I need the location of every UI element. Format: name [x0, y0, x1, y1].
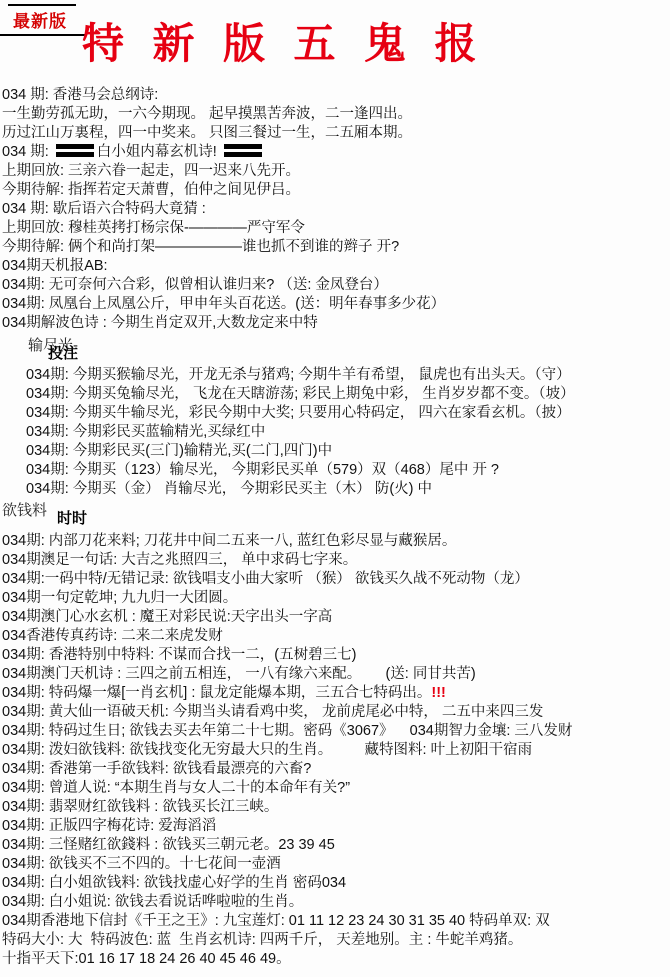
text-line: 034期: 黄大仙一语破天机: 今期当头请看鸡中奖， 龙前虎尾必中特， 二五中来…	[0, 703, 670, 722]
text-line: 034期: 无可奈何六合彩，似曾相认谁归来? （送: 金凤登台）	[0, 276, 670, 295]
text-line: 034期澳门心水玄机 : 魔王对彩民说:天字出头一字高	[0, 608, 670, 627]
masthead-rule-top	[8, 4, 76, 6]
text-line: 034期天机报AB:	[0, 257, 670, 276]
text-line: 034期: 今期买牛输尽光，彩民今期中大奖; 只要用心特码定， 四六在家看玄机。…	[0, 404, 670, 423]
masthead-rule-bottom	[0, 34, 86, 36]
section-header-yuqianliao: 欲钱料 时时	[0, 499, 670, 532]
double-bar-icon	[224, 144, 262, 157]
text-line: 034 期: 香港马会总纲诗:	[0, 86, 670, 105]
text-line: 034期: 今期彩民买(三门)输精光,买(二门,四门)中	[0, 442, 670, 461]
text-line: 034期: 今期买猴输尽光，开龙无杀与猪鸡; 今期牛羊有希望， 鼠虎也有出头天。…	[0, 366, 670, 385]
text-line: 034期: 正版四字梅花诗: 爱海滔滔	[0, 817, 670, 836]
text-line: 034期: 今期买（123）输尽光， 今期彩民买单（579）双（468）尾中 开…	[0, 461, 670, 480]
text-line: 034 期: 歇后语六合特码大竟猜 :	[0, 200, 670, 219]
text-line: 034期: 欲钱买不三不四的。十七花间一壶酒	[0, 855, 670, 874]
text-line: 034期解波色诗 : 今期生肖定双开,大数龙定来中特	[0, 314, 670, 333]
text-line: 034期香港地下信封《千王之王》: 九宝莲灯: 01 11 12 23 24 3…	[0, 912, 670, 931]
section-header-bold-text: 投注	[48, 342, 78, 363]
text-line: 034期: 翡翠财红欲钱料 : 欲钱买长江三峡。	[0, 798, 670, 817]
text-line: 今期待解: 俩个和尚打架——————谁也抓不到谁的辫子 开?	[0, 238, 670, 257]
burst-line-exclamations: !!!	[431, 685, 446, 701]
text-line: 034期: 白小姐说: 欲钱去看说话哗啦啦的生肖。	[0, 893, 670, 912]
text-line: 034期: 三怪赌红欲錢料 : 欲钱买三朝元老。23 39 45	[0, 836, 670, 855]
burst-line: 034期: 特码爆一爆[一肖玄机] : 鼠龙定能爆本期，三五合七特码出。!!!	[0, 684, 670, 703]
text-line: 034期: 今期买（金） 肖输尽光， 今期彩民买主（木） 防(火) 中	[0, 480, 670, 499]
text-line: 特码大小: 大 特码波色: 蓝 生肖玄机诗: 四两千斤， 天差地别。主 : 牛蛇…	[0, 931, 670, 950]
section-header-bold-text: 时时	[57, 507, 87, 528]
double-bar-icon	[56, 144, 94, 157]
section-header-shujinguang: 输尽光- 投注	[0, 333, 670, 366]
latest-badge: 最新版	[13, 7, 67, 32]
page-title: 特 新 版 五 鬼 报	[82, 24, 486, 66]
bars-headline-label: 白小姐内幕玄机诗!	[97, 144, 221, 160]
text-line: 034期: 香港特别中特料: 不谋而合找一二，(五树碧三七)	[0, 646, 670, 665]
masthead: 最新版 特 新 版 五 鬼 报	[0, 0, 670, 86]
text-line: 历过江山万裏程，四一中奖来。 只图三餐过一生，二五厢本期。	[0, 124, 670, 143]
text-line: 034期: 香港第一手欲钱料: 欲钱看最漂亮的六畜?	[0, 760, 670, 779]
text-line: 034香港传真药诗: 二来二来虎发财	[0, 627, 670, 646]
text-line: 034期澳门天机诗 : 三四之前五相连， 一八有缘六来配。 (送: 同甘共苦)	[0, 665, 670, 684]
lottery-tip-sheet: 最新版 特 新 版 五 鬼 报 034 期: 香港马会总纲诗: 一生勤劳孤无助，…	[0, 0, 670, 977]
bars-headline: 034 期: 白小姐内幕玄机诗!	[0, 143, 670, 162]
section-header-plain-text: 欲钱料	[2, 499, 47, 520]
text-line: 034期澳足一句话: 大吉之兆照四三， 单中求码七字来。	[0, 551, 670, 570]
text-line: 十指平天下:01 16 17 18 24 26 40 45 46 49。	[0, 950, 670, 969]
text-line: 034期: 今期买兔输尽光， 飞龙在天瞎游荡; 彩民上期兔中彩， 生肖岁岁都不变…	[0, 385, 670, 404]
text-line: 034期: 特码过生日; 欲钱去买去年第二十七期。密码《3067》 034期智力…	[0, 722, 670, 741]
text-line: 034期:一码中特/无错记录: 欲钱唱支小曲大家听 （猴） 欲钱买久战不死动物（…	[0, 570, 670, 589]
bars-headline-prefix: 034 期:	[2, 144, 53, 160]
burst-line-text: 034期: 特码爆一爆[一肖玄机] : 鼠龙定能爆本期，三五合七特码出。	[2, 685, 431, 701]
text-line: 上期回放: 穆桂英拷打杨宗保-————严守军令	[0, 219, 670, 238]
text-line: 一生勤劳孤无助，一六今期现。 起早摸黑苦奔波，二一逢四出。	[0, 105, 670, 124]
text-line: 034期一句定乾坤; 九九归一大团圆。	[0, 589, 670, 608]
text-line: 034期: 凤凰台上凤凰公斤，甲申年头百花送。(送：明年春事多少花）	[0, 295, 670, 314]
text-line: 034期: 曾道人说: “本期生肖与女人二十的本命年有关?”	[0, 779, 670, 798]
text-line: 034期: 今期彩民买蓝输精光,买绿红中	[0, 423, 670, 442]
text-line: 034期: 内部刀花来料; 刀花井中间二五来一八, 蓝红色彩尽显与藏猴居。	[0, 532, 670, 551]
text-line: 034期: 泼妇欲钱料: 欲钱找变化无穷最大只的生肖。 藏特图料: 叶上初阳干宿…	[0, 741, 670, 760]
text-line: 上期回放: 三亲六眷一起走，四一迟来八先开。	[0, 162, 670, 181]
text-line: 034期: 白小姐欲钱料: 欲钱找虚心好学的生肖 密码034	[0, 874, 670, 893]
text-line: 今期待解: 指挥若定天萧曹，伯仲之间见伊吕。	[0, 181, 670, 200]
